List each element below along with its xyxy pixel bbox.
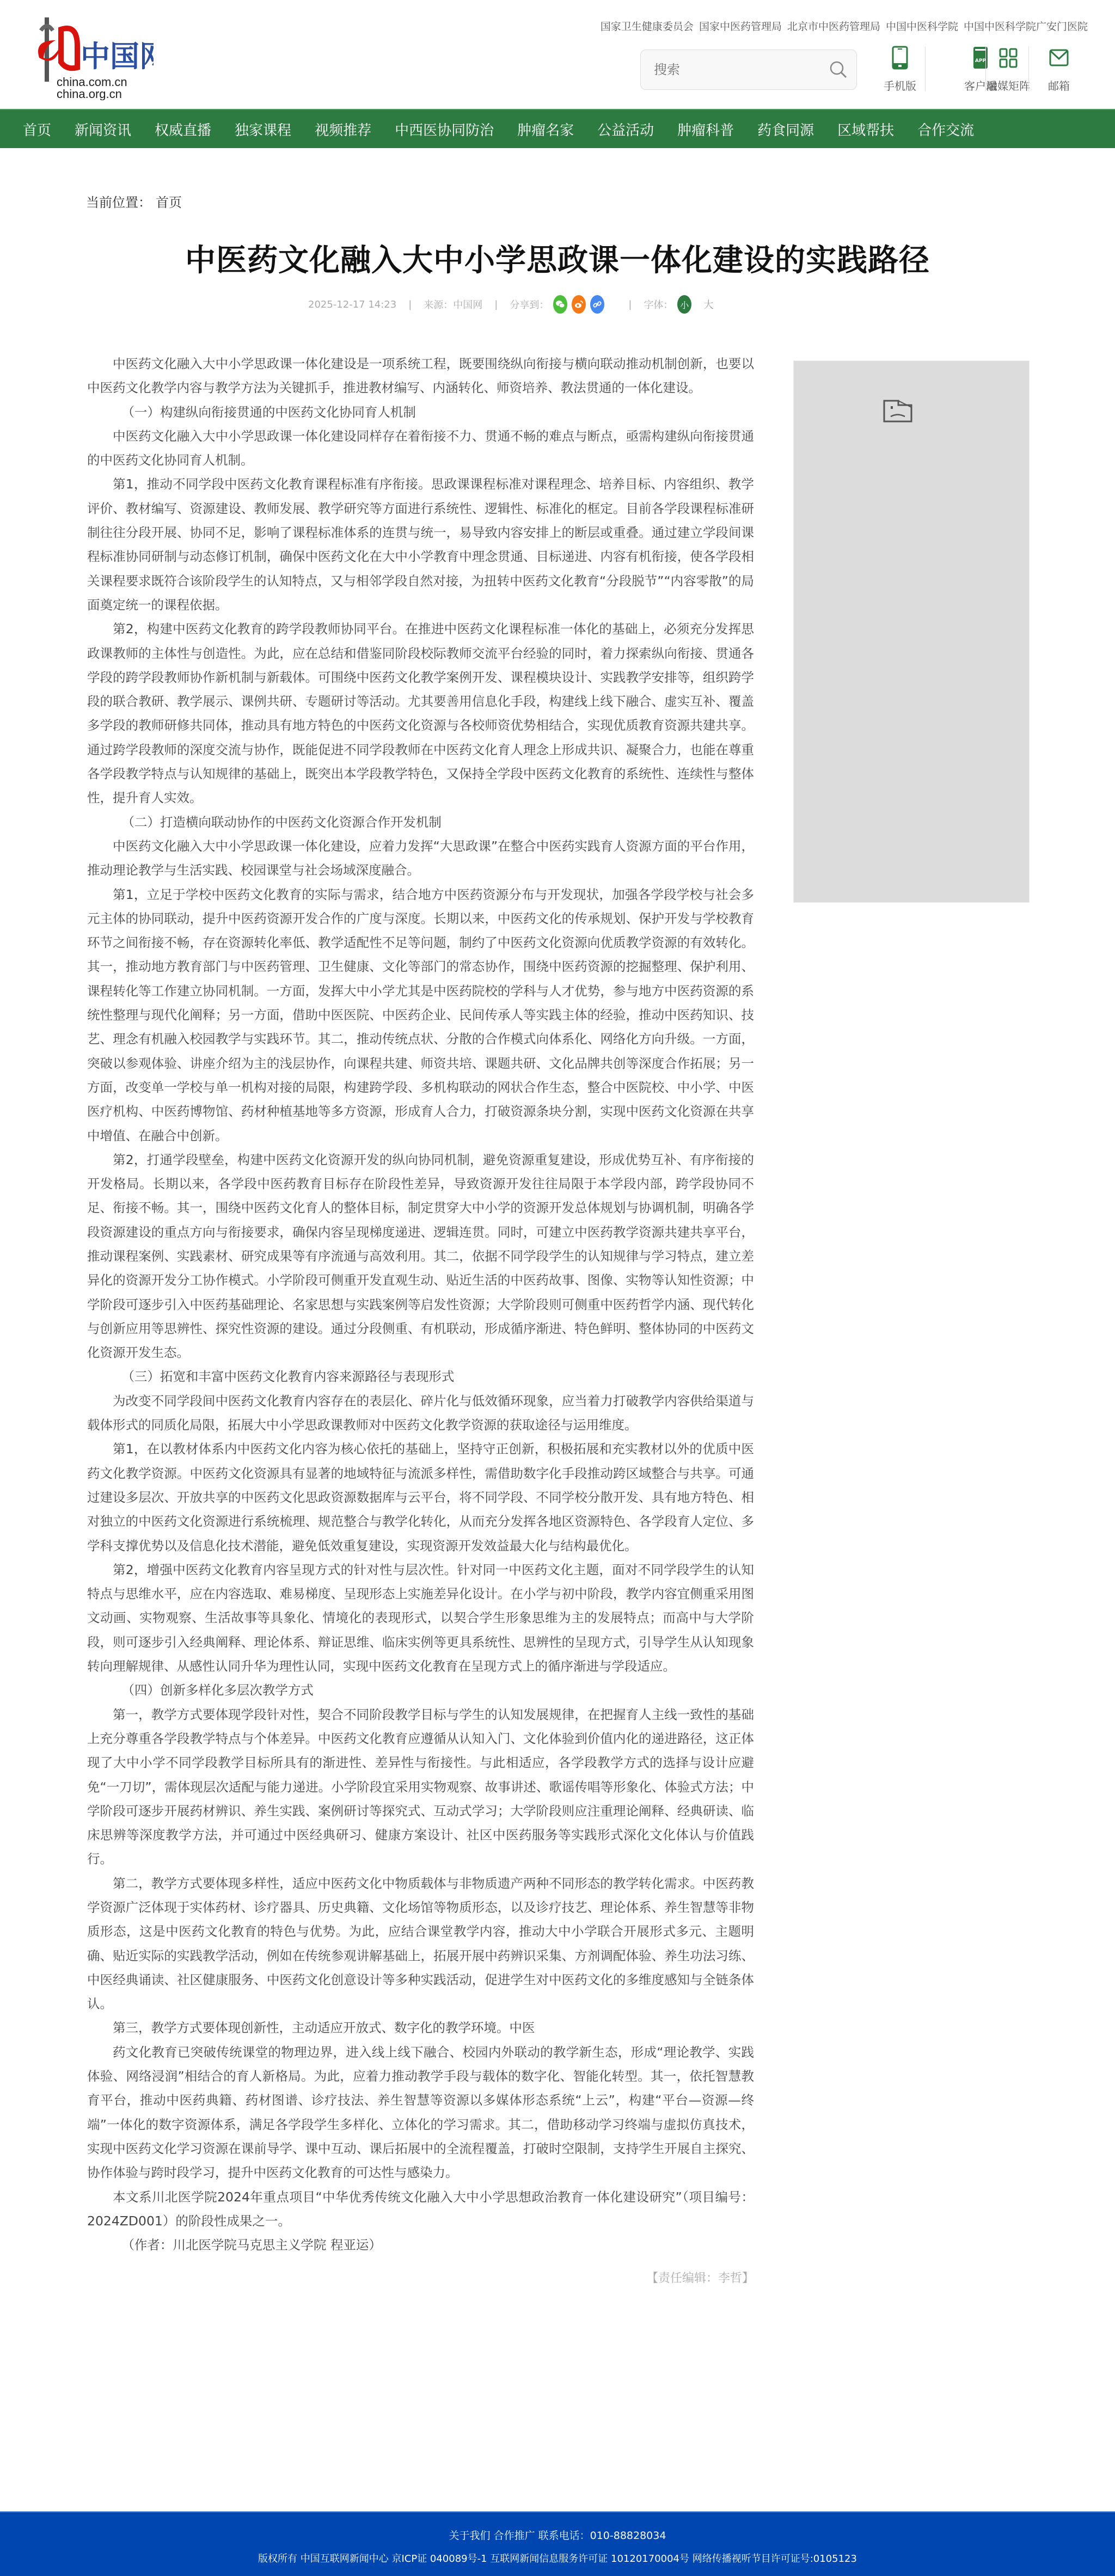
sidebar-ad-placeholder[interactable] [793,360,1030,903]
paragraph: 药文化教育已突破传统课堂的物理边界，进入线上线下融合、校园内外联动的教学新生态，… [87,2040,754,2185]
wechat-icon [555,300,565,309]
breadcrumb: 当前位置：首页 [86,192,182,211]
section-heading: （四）创新多样化多层次教学方式 [87,1678,754,1702]
china-logo-icon: 中国网 china.com.cn china.org.cn [23,8,154,100]
paragraph: 第1，立足于学校中医药文化教育的实际与需求，结合地方中医药资源分布与开发现状，加… [87,883,754,1148]
paragraph: 第2，打通学段壁垒，构建中医药文化资源开发的纵向协同机制，避免资源重复建设，形成… [87,1148,754,1365]
section-heading: （二）打造横向联动协作的中医药文化资源合作开发机制 [87,810,754,834]
paragraph: 第三，教学方式要体现创新性，主动适应开放式、数字化的教学环境。中医 [87,2016,754,2040]
nav-oncology-experts[interactable]: 肿瘤名家 [517,119,574,139]
nav-videos[interactable]: 视频推荐 [315,119,371,139]
content-area: 当前位置：首页 中医药文化融入大中小学思政课一体化建设的实践路径 2025-12… [0,148,1115,2511]
publish-time: 2025-12-17 14:23 [308,299,396,310]
source-label: 来源： [424,297,453,311]
footer-links[interactable]: 关于我们 合作推广 联系电话：010-88828034 [0,2528,1115,2542]
site-footer: 关于我们 合作推广 联系电话：010-88828034 版权所有 中国互联网新闻… [0,2511,1115,2576]
font-large-button[interactable]: 大 [703,297,713,311]
font-size-label: 字体： [644,297,673,311]
article-body: 中医药文化融入大中小学思政课一体化建设是一项系统工程，既要围绕纵向衔接与横向联动… [87,352,754,2291]
nav-regional-aid[interactable]: 区域帮扶 [837,119,894,139]
article-title: 中医药文化融入大中小学思政课一体化建设的实践路径 [0,236,1115,280]
site-logo[interactable]: 中国网 china.com.cn china.org.cn [23,8,154,100]
svg-text:china.org.cn: china.org.cn [57,87,122,100]
paragraph: 为改变不同学段间中医药文化教育内容存在的表层化、碎片化与低效循环现象，应当着力打… [87,1389,754,1437]
nav-cooperation[interactable]: 合作交流 [917,119,974,139]
breadcrumb-home[interactable]: 首页 [156,195,182,210]
top-link-guanganmen[interactable]: 中国中医科学院广安门医院 [964,19,1088,33]
source-value: 中国网 [453,297,482,311]
paragraph: 第1，在以教材体系内中医药文化内容为核心依托的基础上，坚持守正创新，积极拓展和充… [87,1437,754,1557]
search-box [640,50,857,90]
top-links: 国家卫生健康委员会 国家中医药管理局 北京市中医药管理局 中国中医科学院 中国中… [601,19,1088,33]
paragraph: 第2，增强中医药文化教育内容呈现方式的针对性与层次性。针对同一中医药文化主题，面… [87,1558,754,1678]
paragraph: 第二，教学方式要体现多样性，适应中医药文化中物质载体与非物质遗产两种不同形态的教… [87,1871,754,2016]
nav-oncology-science[interactable]: 肿瘤科普 [677,119,734,139]
section-heading: （一）构建纵向衔接贯通的中医药文化协同育人机制 [87,400,754,424]
quick-link-mail[interactable]: 邮箱 [1037,46,1081,93]
quick-link-media-matrix[interactable]: 融媒矩阵 [984,46,1033,93]
broken-image-icon [883,400,912,423]
article-meta: 2025-12-17 14:23 | 来源： 中国网 | 分享到： | 字体： … [308,295,713,314]
main-nav: 首页 新闻资讯 权威直播 独家课程 视频推荐 中西医协同防治 肿瘤名家 公益活动… [0,109,1115,148]
mail-icon [1049,46,1069,70]
share-label: 分享到： [510,297,549,311]
grid-icon [998,46,1018,70]
paragraph: 中医药文化融入大中小学思政课一体化建设，应着力发挥“大思政课”在整合中医药实践育… [87,834,754,883]
nav-news[interactable]: 新闻资讯 [75,119,131,139]
top-link-natcm[interactable]: 国家中医药管理局 [699,19,782,33]
nav-charity[interactable]: 公益活动 [597,119,654,139]
share-wechat-button[interactable] [553,295,567,314]
top-link-beijing-tcm[interactable]: 北京市中医药管理局 [787,19,880,33]
search-icon[interactable] [829,60,848,79]
nav-integrated-prevention[interactable]: 中西医协同防治 [395,119,494,139]
weibo-icon [574,300,584,309]
paragraph: 第2，构建中医药文化教育的跨学段教师协同平台。在推进中医药文化课程标准一体化的基… [87,617,754,810]
nav-home[interactable]: 首页 [23,119,51,139]
paragraph: 中医药文化融入大中小学思政课一体化建设同样存在着衔接不力、贯通不畅的难点与断点，… [87,424,754,473]
paragraph: 第1，推动不同学段中医药文化教育课程标准有序衔接。思政课课程标准对课程理念、培养… [87,472,754,617]
share-weibo-button[interactable] [572,295,586,314]
site-header: 中国网 china.com.cn china.org.cn 国家卫生健康委员会 … [0,0,1115,109]
quick-link-mobile[interactable]: 手机版 [875,46,924,93]
paragraph: 中医药文化融入大中小学思政课一体化建设是一项系统工程，既要围绕纵向衔接与横向联动… [87,352,754,400]
mobile-icon [890,46,910,70]
section-heading: （三）拓宽和丰富中医药文化教育内容来源路径与表现形式 [87,1365,754,1388]
nav-courses[interactable]: 独家课程 [235,119,291,139]
author-line: （作者：川北医学院马克思主义学院 程亚运） [87,2233,754,2257]
nav-live[interactable]: 权威直播 [155,119,211,139]
font-small-button[interactable]: 小 [677,295,691,314]
responsible-editor: 【责任编辑：李哲】 [87,2267,754,2291]
footer-copyright: 版权所有 中国互联网新闻中心 京ICP证 040089号-1 互联网新闻信息服务… [0,2551,1115,2565]
share-link-button[interactable] [590,295,604,314]
divider [1028,47,1029,91]
divider [925,47,926,91]
svg-text:中国网: 中国网 [81,39,154,74]
top-link-cacms[interactable]: 中国中医科学院 [886,19,958,33]
paragraph: 第一，教学方式要体现学段针对性，契合不同阶段教学目标与学生的认知发展规律，在把握… [87,1703,754,1871]
top-link-nhc[interactable]: 国家卫生健康委员会 [601,19,694,33]
link-icon [593,300,602,309]
search-input[interactable] [654,62,829,77]
nav-food-medicine[interactable]: 药食同源 [757,119,814,139]
paragraph: 本文系川北医学院2024年重点项目“中华优秀传统文化融入大中小学思想政治教育一体… [87,2185,754,2234]
